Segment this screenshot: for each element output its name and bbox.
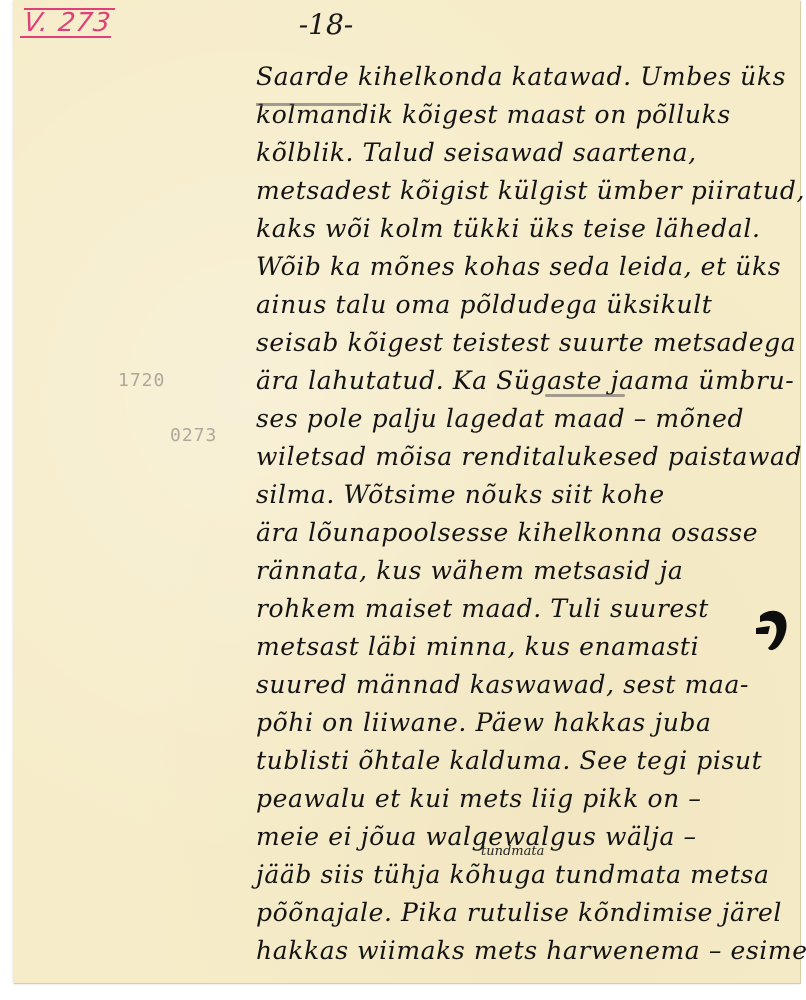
text-line: kõlblik. Talud seisawad saartena, — [256, 138, 697, 167]
text-line: wiletsad mõisa renditalukesed paistawad — [256, 442, 802, 471]
faded-stamp-number: 1720 — [118, 370, 165, 391]
text-line: rännata, kus wähem metsasid ja — [256, 556, 683, 585]
text-line: meie ei jõua walgewalgus wälja – — [256, 822, 697, 851]
text-line: tublisti õhtale kalduma. See tegi pisut — [256, 746, 762, 775]
text-line: kaks wõi kolm tükki üks teise lähedal. — [256, 214, 761, 243]
text-line: rohkem maiset maad. Tuli suurest — [256, 594, 709, 623]
text-line: ses pole palju lagedat maad – mõned — [256, 404, 744, 433]
faded-stamp-number: 0273 — [170, 425, 217, 446]
text-line: Saarde kihelkonda katawad. Umbes üks — [256, 62, 786, 91]
text-line: metsast läbi minna, kus enamasti — [256, 632, 699, 661]
pencil-underline — [545, 394, 625, 397]
text-line: suured männad kaswawad, sest maa- — [256, 670, 749, 699]
text-line: seisab kõigest teistest suurte metsadega — [256, 328, 796, 357]
interlinear-insertion: tundmata — [481, 844, 544, 859]
text-line: metsadest kõigist külgist ümber piiratud… — [256, 176, 805, 205]
ink-blot-icon — [756, 608, 790, 654]
archive-mark: V. 273 — [22, 8, 113, 38]
archive-mark-text: V. 273 — [20, 8, 115, 38]
text-line: hakkas wiimaks mets harwenema – esime- — [256, 936, 806, 965]
text-line: jääb siis tühja kõhuga tundmata metsa — [256, 860, 769, 889]
text-line: ainus talu oma põldudega üksikult — [256, 290, 712, 319]
text-line: peawalu et kui mets liig pikk on – — [256, 784, 702, 813]
text-line: Wõib ka mõnes kohas seda leida, et üks — [256, 252, 781, 281]
text-line: põõnajale. Pika rutulise kõndimise järel — [256, 898, 782, 927]
text-line: ära lahutatud. Ka Sügaste jaama ümbru- — [256, 366, 794, 395]
text-line: põhi on liiwane. Päew hakkas juba — [256, 708, 712, 737]
pencil-underline — [256, 103, 361, 106]
page-number: -18- — [266, 8, 386, 41]
text-line: silma. Wõtsime nõuks siit kohe — [256, 480, 665, 509]
text-line: ära lõunapoolsesse kihelkonna osasse — [256, 518, 758, 547]
